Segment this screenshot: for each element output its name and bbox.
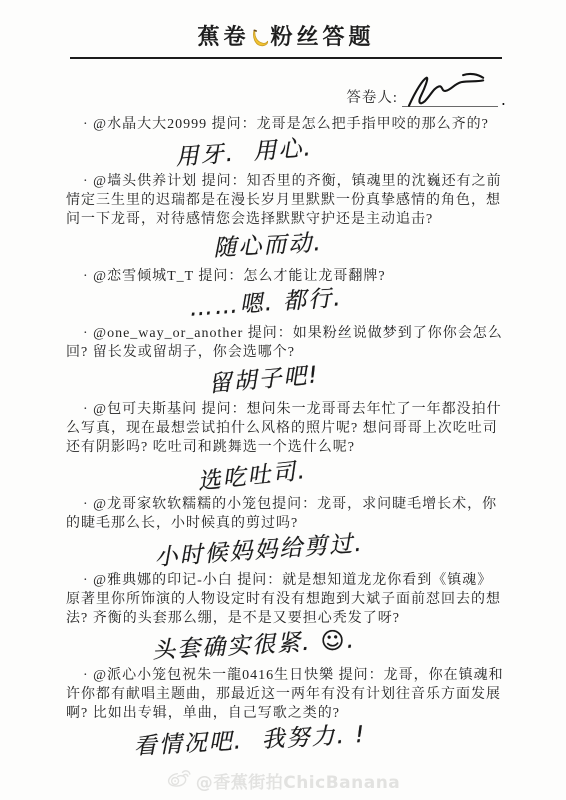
ask-label: 提问： — [272, 497, 317, 512]
ask-label: 提问： — [198, 269, 243, 284]
watermark-text: @香蕉街拍ChicBanana — [196, 768, 401, 793]
answerer-signature — [402, 74, 498, 107]
bullet: · — [83, 117, 89, 132]
bullet: · — [83, 269, 89, 284]
question-user: @派心小笼包祝朱一龍0416生日快樂 — [93, 668, 334, 683]
qa-item: · @派心小笼包祝朱一龍0416生日快樂 提问：龙哥，你在镇魂和许你都有献唱主题… — [66, 666, 506, 753]
qa-item: · @水晶大大20999 提问：龙哥是怎么把手指甲咬的那么齐的? 用牙. 用心. — [66, 115, 506, 164]
qa-item: · @包可夫斯基问 提问：想问朱一龙哥哥去年忙了一年都没拍什么写真，现在最想尝试… — [66, 400, 506, 487]
qa-item: · @雅典娜的印记-小白 提问：就是想知道龙龙你看到《镇魂》原著里你所饰演的人物… — [66, 571, 506, 658]
watermark: @香蕉街拍ChicBanana — [0, 767, 566, 794]
qa-list: · @水晶大大20999 提问：龙哥是怎么把手指甲咬的那么齐的? 用牙. 用心.… — [66, 115, 506, 753]
ask-label: 提问： — [248, 326, 293, 341]
answerer-label: 答卷人: — [346, 89, 398, 107]
qa-item: · @墙头供养计划 提问：知否里的齐衡，镇魂里的沈巍还有之前情定三生里的迟瑞都是… — [66, 172, 506, 259]
bullet: · — [83, 668, 89, 683]
signature-dot: . — [501, 93, 506, 107]
page-title: 蕉卷粉丝答题 — [70, 24, 502, 59]
answer-sheet-page: 蕉卷粉丝答题 答卷人: . · @水晶大大20999 提问：龙哥是怎么把手指甲咬… — [0, 0, 566, 800]
ask-label: 提问： — [202, 174, 247, 189]
qa-item: · @龙哥家软软糯糯的小笼包提问：龙哥，求问睫毛增长术，你的睫毛那么长，小时候真… — [66, 495, 506, 563]
signature-scribble-icon — [402, 70, 498, 110]
weibo-camera-icon — [166, 767, 192, 794]
ask-label: 提问： — [202, 402, 247, 417]
page-title-left: 蕉卷 — [197, 24, 249, 49]
question-user: @恋雪倾城T_T — [93, 269, 194, 284]
banana-icon — [250, 24, 271, 49]
ask-label: 提问： — [237, 573, 282, 588]
page-title-right: 粉丝答题 — [271, 24, 375, 49]
handwritten-answer: 看情况吧. 我努力. ! — [30, 715, 471, 766]
answerer-row: 答卷人: . — [66, 73, 506, 107]
question-text: · @派心小笼包祝朱一龍0416生日快樂 提问：龙哥，你在镇魂和许你都有献唱主题… — [66, 666, 506, 723]
question-user: @one_way_or_another — [93, 326, 243, 341]
question-text: · @雅典娜的印记-小白 提问：就是想知道龙龙你看到《镇魂》原著里你所饰演的人物… — [66, 571, 506, 628]
ask-label: 提问： — [212, 117, 257, 132]
qa-item: · @恋雪倾城T_T 提问：怎么才能让龙哥翻牌? ……嗯. 都行. — [66, 267, 506, 316]
ask-label: 提问： — [339, 668, 384, 683]
question-user: @水晶大大20999 — [93, 117, 207, 132]
question-text: · @墙头供养计划 提问：知否里的齐衡，镇魂里的沈巍还有之前情定三生里的迟瑞都是… — [66, 172, 506, 229]
qa-item: · @one_way_or_another 提问：如果粉丝说做梦到了你你会怎么回… — [66, 324, 506, 392]
question-user: @雅典娜的印记-小白 — [93, 573, 233, 588]
